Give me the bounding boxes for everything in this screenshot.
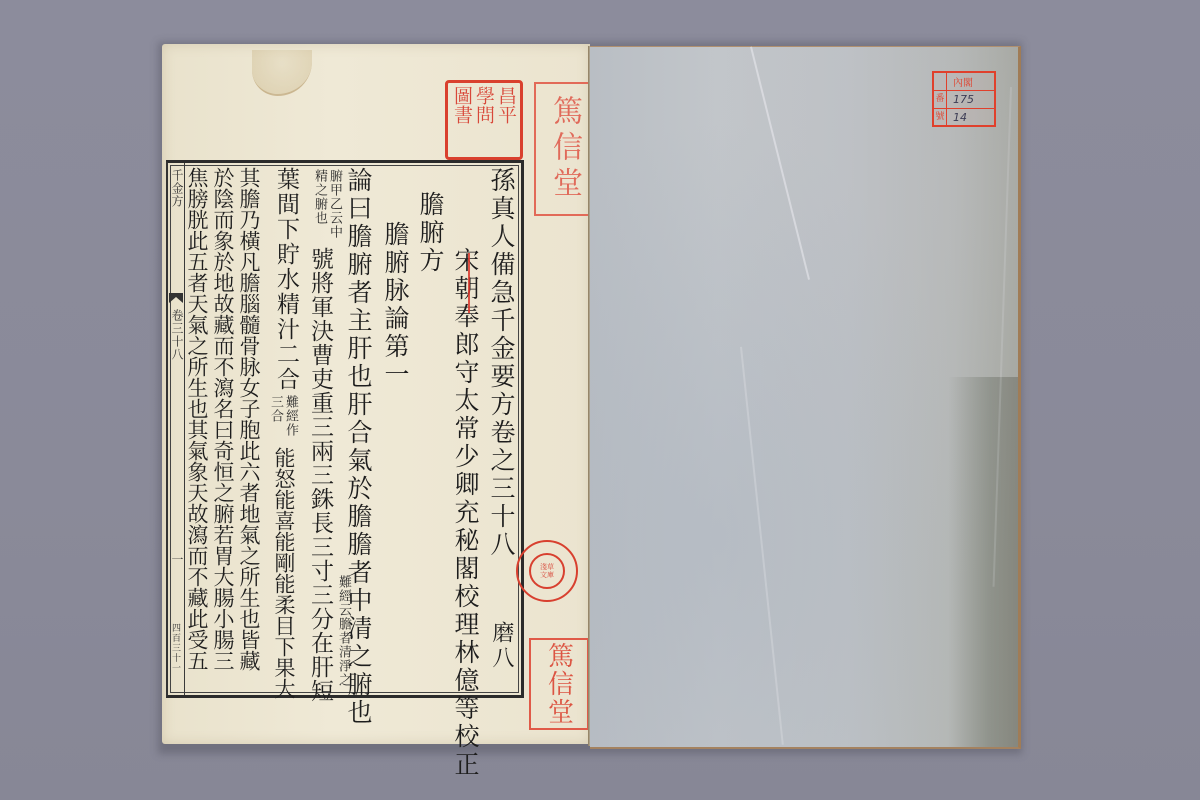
- body-column-4: 其膽乃橫凡膽腦髓骨脉女子胞此六者地氣之所生也皆藏: [236, 167, 262, 671]
- body-column-2: 號將軍決曹吏重三兩三銖長三寸三分在肝短: [306, 247, 334, 703]
- block-heart-margin: 千金方 卷三十八 一 四百三十一: [168, 163, 185, 695]
- body-column-3a: 葉間下貯水精汁二合: [271, 167, 301, 392]
- fish-tail-mark: [169, 293, 183, 303]
- right-page-blank: 內閣 番 175 號 14: [590, 46, 1021, 749]
- title-column: 孫真人備急千金要方卷之三十八: [486, 167, 516, 559]
- interlinear-note-2: 腑甲乙云中精之腑也: [312, 169, 342, 239]
- printed-text-frame: 千金方 卷三十八 一 四百三十一 孫真人備急千金要方卷之三十八 磨八 宋朝奉郎守…: [166, 160, 524, 698]
- body-column-3b: 能怒能喜能剛能柔目下果大: [271, 447, 297, 699]
- left-page: 昌平 學問 圖書 篤信堂 千金方 卷三十八 一 四百三十一 孫真人備急千金要方卷…: [162, 44, 590, 744]
- paper-crease: [750, 47, 810, 280]
- page-shading: [948, 377, 1018, 747]
- call-label-header: 內閣: [934, 73, 994, 91]
- call-label-row: 號 14: [934, 109, 994, 126]
- library-seal-square: 昌平 學問 圖書: [445, 80, 523, 160]
- call-label-row: 番 175: [934, 91, 994, 109]
- round-seal-inner: 淺草文庫: [529, 553, 565, 589]
- interlinear-note-3: 難經作三合: [268, 395, 298, 439]
- interlinear-note-1: 難經云膽者清淨之: [336, 575, 351, 695]
- call-number-label: 內閣 番 175 號 14: [932, 71, 996, 127]
- tokushindo-seal-bottom: 篤信堂: [529, 638, 589, 730]
- chapter-heading: 膽腑方: [415, 191, 445, 275]
- paper-crease: [740, 347, 784, 745]
- section-heading: 膽腑脉論第一: [380, 221, 410, 389]
- tokushindo-seal-top: 篤信堂: [534, 82, 594, 216]
- editor-credit-column: 宋朝奉郎守太常少卿充秘閣校理林億等校正: [450, 247, 480, 779]
- water-stain: [252, 50, 312, 96]
- volume-number: 磨八: [486, 621, 516, 671]
- body-column-6: 焦膀胱此五者天氣之所生也其氣象天故瀉而不藏此受五: [184, 167, 210, 671]
- round-seal: 淺草文庫: [516, 540, 578, 602]
- red-annotation-line: [468, 253, 470, 313]
- body-column-5: 於陰而象於地故藏而不瀉名曰奇恒之腑若胃大腸小腸三: [210, 167, 236, 671]
